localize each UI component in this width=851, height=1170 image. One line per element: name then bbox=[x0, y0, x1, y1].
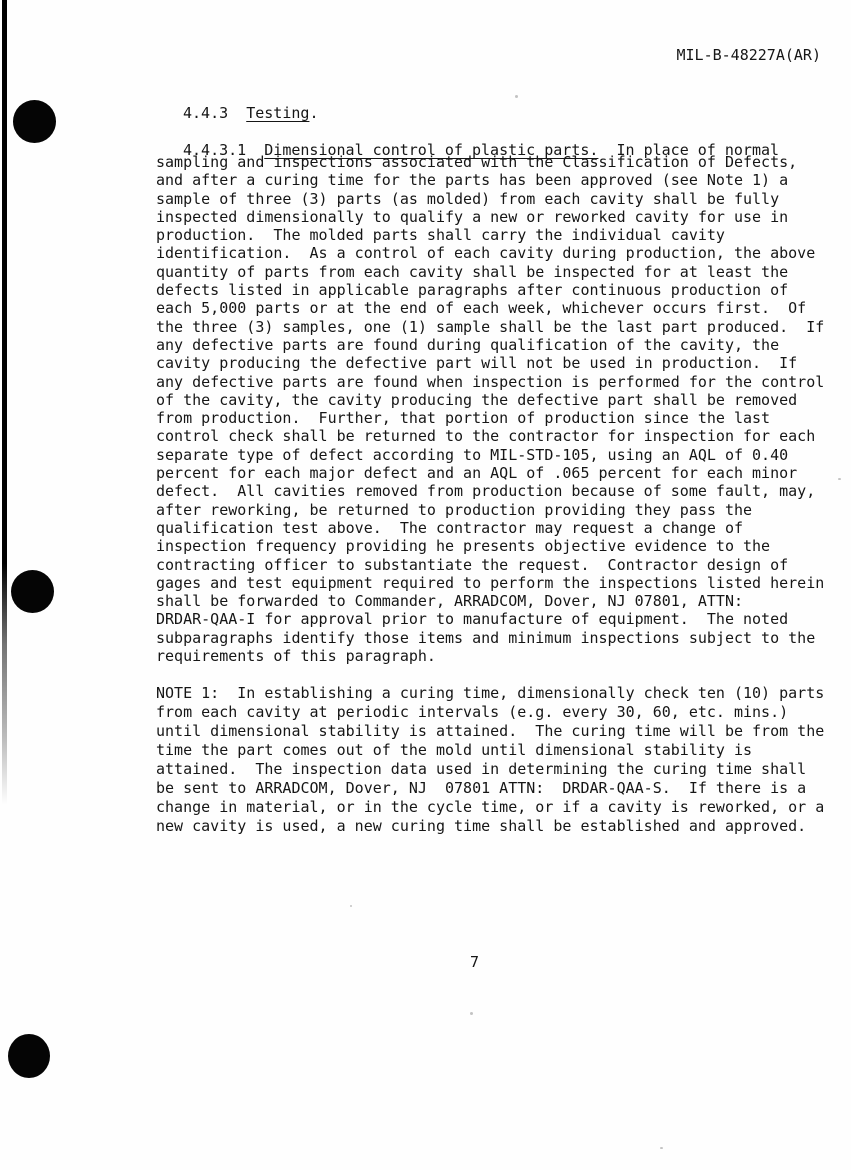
document-page: MIL-B-48227A(AR) 4.4.3 Testing. 4.4.3.1 … bbox=[0, 0, 851, 1170]
section-title-period: . bbox=[309, 104, 318, 122]
scan-binding-edge-line bbox=[2, 0, 7, 805]
scan-speck bbox=[470, 1012, 473, 1015]
scan-speck bbox=[838, 478, 841, 480]
punch-hole-top bbox=[13, 100, 56, 143]
section-title: Testing bbox=[246, 104, 309, 122]
scan-speck bbox=[660, 1147, 663, 1149]
scan-speck bbox=[515, 95, 518, 98]
section-heading-443: 4.4.3 Testing. bbox=[156, 104, 318, 122]
paragraph-4431-body: sampling and inspections associated with… bbox=[156, 153, 824, 665]
note-1-block: NOTE 1: In establishing a curing time, d… bbox=[156, 684, 824, 836]
document-id: MIL-B-48227A(AR) bbox=[677, 46, 822, 64]
punch-hole-bottom bbox=[8, 1034, 50, 1078]
page-number: 7 bbox=[470, 953, 479, 971]
section-number: 4.4.3 bbox=[183, 104, 246, 122]
punch-hole-middle bbox=[11, 570, 54, 613]
scan-speck bbox=[350, 905, 352, 907]
